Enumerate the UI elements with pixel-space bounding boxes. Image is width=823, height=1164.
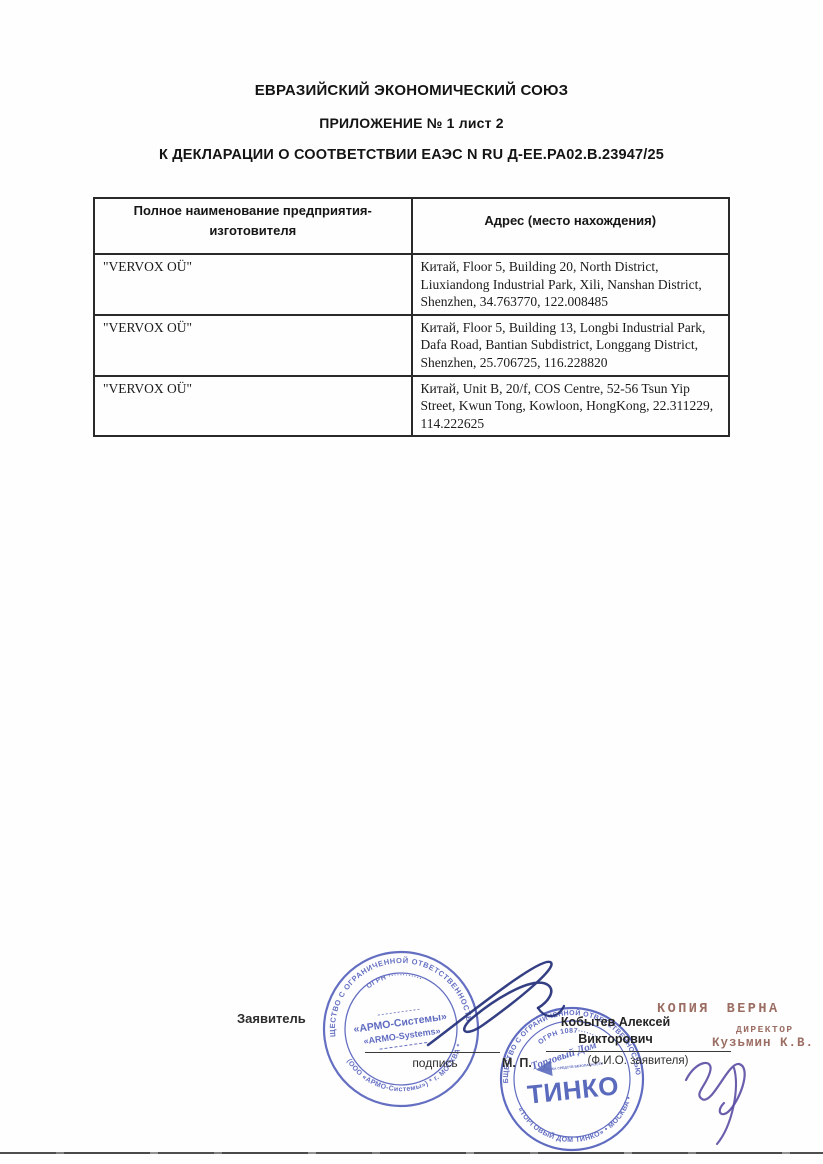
manufacturer-name: "VERVOX OÜ" xyxy=(94,254,412,315)
column-header-manufacturer: Полное наименование предприятия-изготови… xyxy=(94,198,412,254)
applicant-label: Заявитель xyxy=(237,1011,306,1026)
director-signature-stroke xyxy=(672,1048,767,1148)
document-page: ЕВРАЗИЙСКИЙ ЭКОНОМИЧЕСКИЙ СОЮЗ ПРИЛОЖЕНИ… xyxy=(0,0,823,1164)
manufacturers-table-body: "VERVOX OÜ" Китай, Floor 5, Building 20,… xyxy=(94,254,729,436)
doc-title-declaration-number: К ДЕКЛАРАЦИИ О СООТВЕТСТВИИ ЕАЭС N RU Д-… xyxy=(0,147,823,163)
signature-line xyxy=(365,1052,500,1053)
manufacturer-name: "VERVOX OÜ" xyxy=(94,376,412,437)
manufacturer-address: Китай, Floor 5, Building 20, North Distr… xyxy=(412,254,730,315)
seal-place-mark: М. П. xyxy=(502,1056,532,1070)
doc-title-annex: ПРИЛОЖЕНИЕ № 1 лист 2 xyxy=(0,115,823,131)
manufacturers-table: Полное наименование предприятия-изготови… xyxy=(93,197,730,437)
manufacturer-name: "VERVOX OÜ" xyxy=(94,315,412,376)
table-row: "VERVOX OÜ" Китай, Floor 5, Building 13,… xyxy=(94,315,729,376)
column-header-address: Адрес (место нахождения) xyxy=(412,198,730,254)
table-header-row: Полное наименование предприятия-изготови… xyxy=(94,198,729,254)
manufacturer-address: Китай, Floor 5, Building 13, Longbi Indu… xyxy=(412,315,730,376)
applicant-name-line2: Викторович xyxy=(528,1031,703,1048)
doc-title-union: ЕВРАЗИЙСКИЙ ЭКОНОМИЧЕСКИЙ СОЮЗ xyxy=(0,82,823,99)
copy-verna-stamp-line1: КОПИЯ ВЕРНА xyxy=(657,1002,780,1017)
copy-verna-stamp-line2: ДИРЕКТОР xyxy=(736,1024,794,1035)
scan-edge-line xyxy=(0,1152,823,1154)
applicant-full-name: Кобытев Алексей Викторович xyxy=(528,1014,703,1048)
manufacturers-table-head: Полное наименование предприятия-изготови… xyxy=(94,198,729,254)
table-row: "VERVOX OÜ" Китай, Unit B, 20/f, COS Cen… xyxy=(94,376,729,437)
manufacturer-address: Китай, Unit B, 20/f, COS Centre, 52-56 T… xyxy=(412,376,730,437)
signature-caption: подпись xyxy=(400,1056,470,1070)
table-row: "VERVOX OÜ" Китай, Floor 5, Building 20,… xyxy=(94,254,729,315)
tinko-stamp-logo-text: ТИНКО xyxy=(526,1070,621,1109)
